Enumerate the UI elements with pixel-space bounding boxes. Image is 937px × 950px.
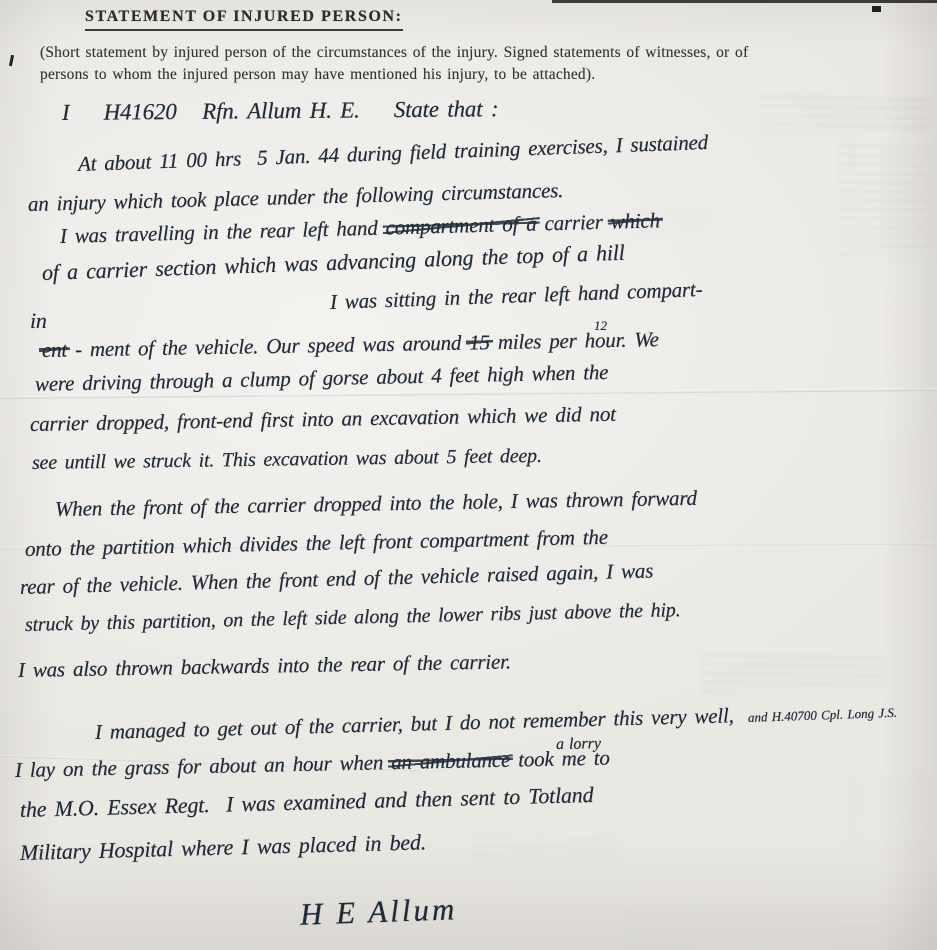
handwritten-line: I H41620 Rfn. Allum H. E. State that :	[62, 96, 499, 126]
signature: H E Allum	[299, 891, 457, 932]
instructions-line-1: (Short statement by injured person of th…	[40, 42, 920, 64]
struck-text: 15	[469, 330, 490, 355]
title-text: STATEMENT OF INJURED PERSON:	[85, 8, 403, 31]
instructions-line-2: persons to whom the injured person may h…	[40, 64, 920, 86]
struck-text: ent	[42, 338, 67, 363]
text-segment: 12	[594, 318, 607, 333]
text-segment: a lorry	[556, 735, 601, 753]
handwritten-line: in	[30, 308, 47, 334]
text-segment: miles per hour. We	[490, 327, 659, 354]
inserted-annotation: a lorry	[556, 735, 601, 754]
struck-text: which	[610, 208, 660, 234]
scan-edge-artifact	[552, 0, 937, 3]
form-section-title: STATEMENT OF INJURED PERSON:	[85, 8, 403, 31]
inserted-annotation: 12	[594, 318, 607, 334]
struck-text: an ambulance	[391, 748, 510, 775]
text-segment: carrier	[536, 210, 611, 236]
form-instructions: (Short statement by injured person of th…	[40, 42, 920, 86]
text-segment: I H41620 Rfn. Allum H. E. State that :	[62, 96, 499, 125]
struck-text: compartment of a	[385, 212, 537, 241]
text-segment: in	[30, 308, 47, 333]
